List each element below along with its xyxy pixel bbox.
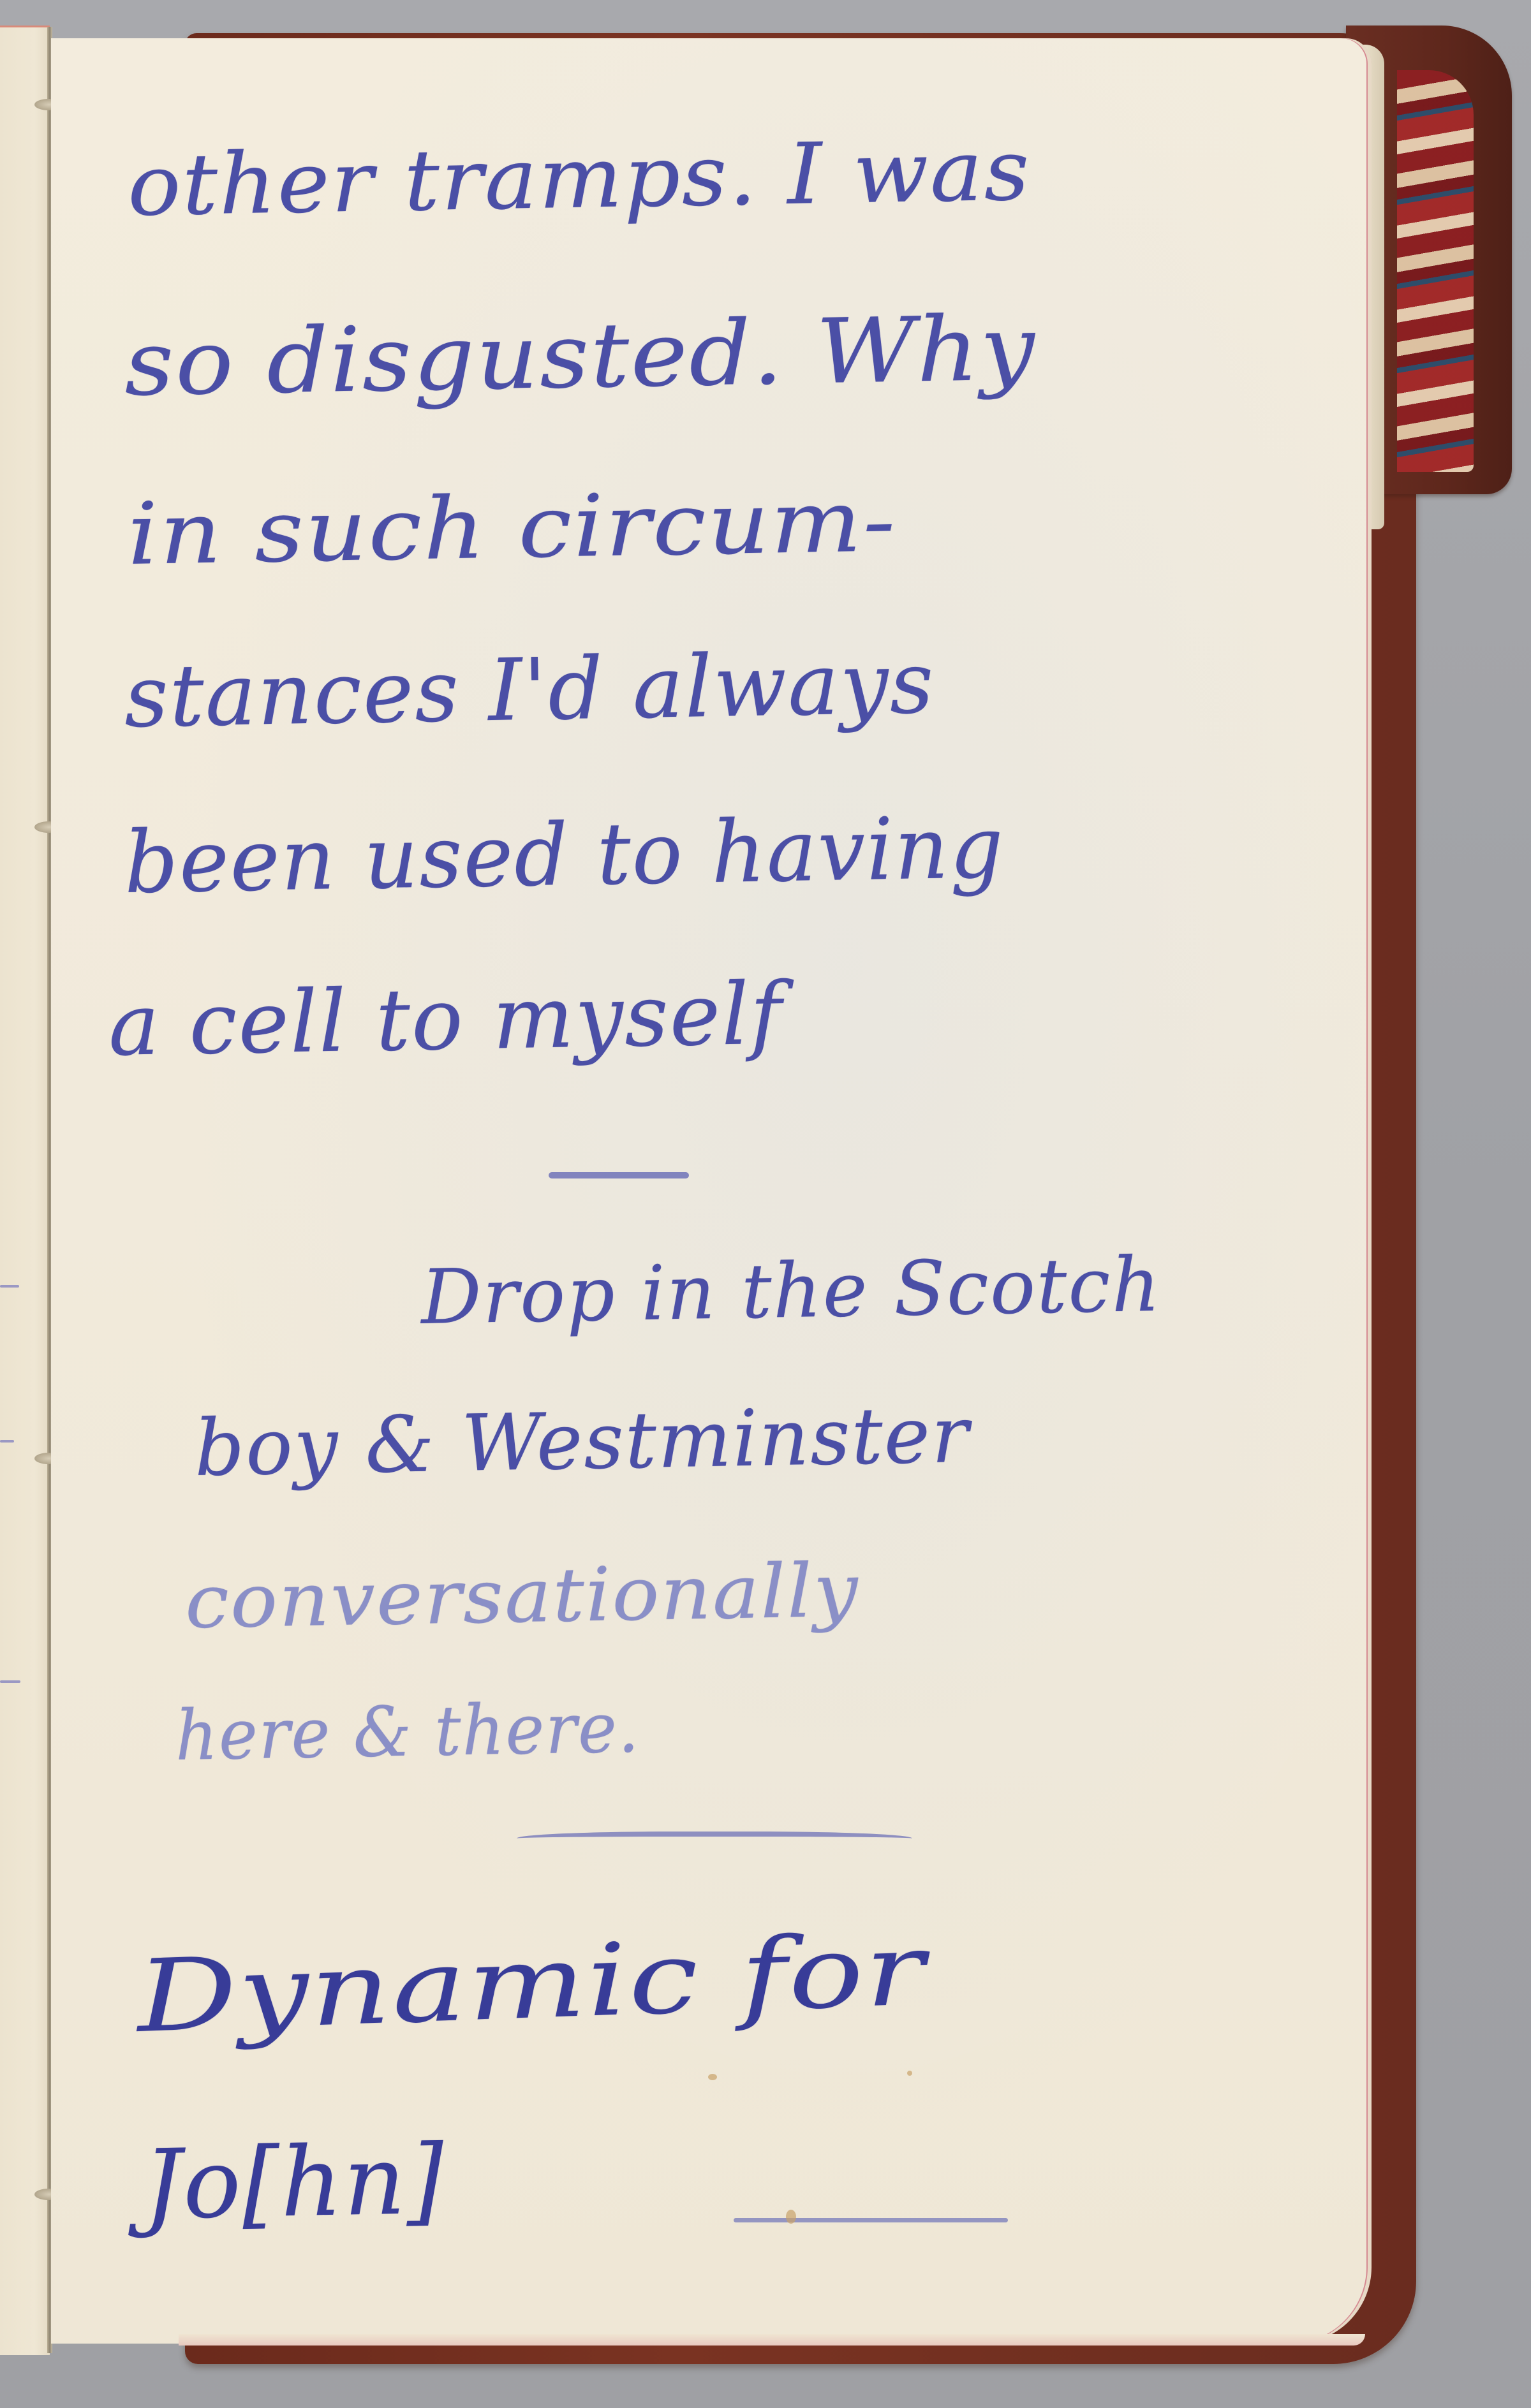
handwritten-line: in such circum-: [127, 471, 898, 584]
paper-stain: [907, 2071, 912, 2076]
section-divider: [549, 1172, 689, 1178]
signature-flourish: [734, 2218, 1008, 2222]
handwritten-line: boy & Westminster: [194, 1390, 971, 1494]
handwritten-line: a cell to myself: [108, 964, 784, 1075]
handwritten-line: Jo[hn]: [142, 2125, 446, 2241]
section-divider: [517, 1832, 912, 1843]
handwritten-line: Dynamic for: [135, 1911, 928, 2055]
handwritten-line: so disgusted. Why: [124, 297, 1037, 416]
paper-stain: [708, 2074, 717, 2080]
handwritten-text: other tramps. I was so disgusted. Why in…: [0, 0, 1531, 2408]
handwritten-line: conversationally: [184, 1548, 860, 1645]
handwritten-line: here & there.: [175, 1688, 640, 1776]
paper-stain: [786, 2210, 796, 2224]
handwritten-line: Drop in the Scotch: [420, 1240, 1162, 1341]
handwritten-line: stances I'd always: [124, 633, 936, 747]
handwritten-line: other tramps. I was: [127, 121, 1032, 235]
handwritten-line: been used to having: [124, 798, 1005, 913]
